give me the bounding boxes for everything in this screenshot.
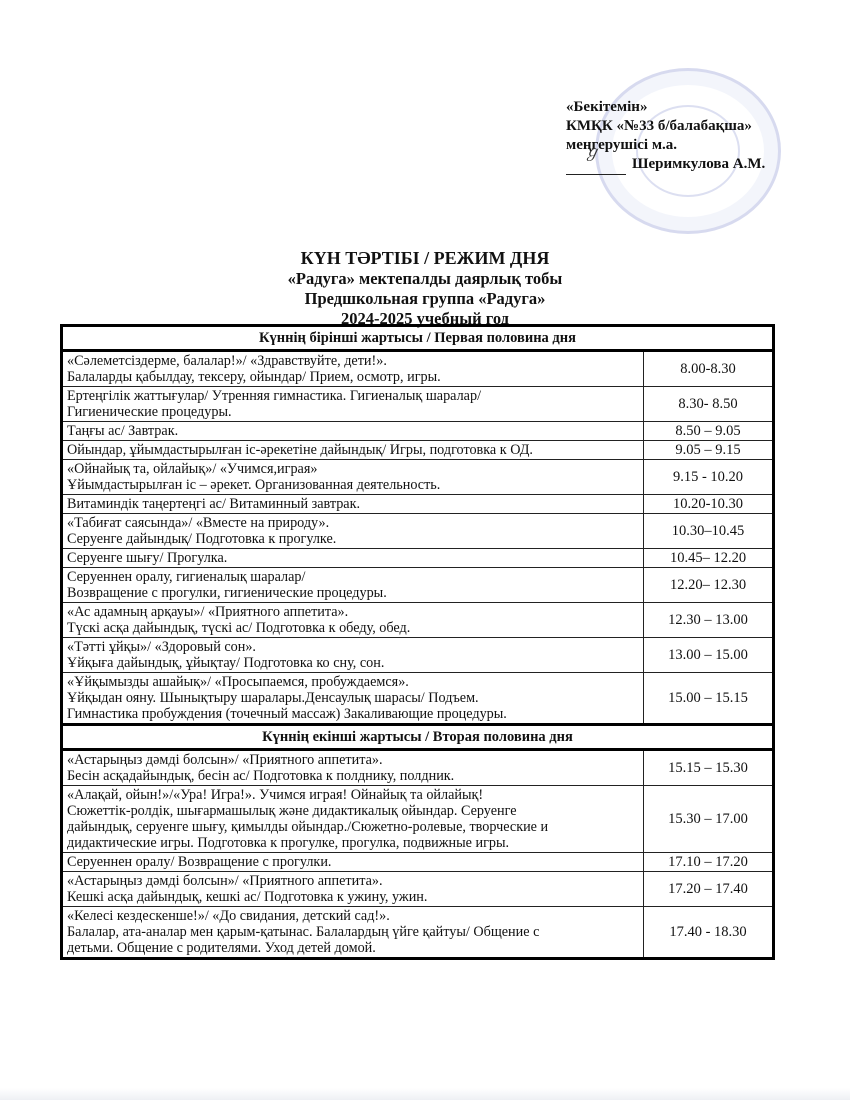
time-cell: 8.00-8.30 bbox=[644, 351, 774, 387]
approval-block: «Бекітемін» КМҚК «№33 б/балабақша» меңге… bbox=[566, 98, 765, 175]
time-cell: 17.10 – 17.20 bbox=[644, 853, 774, 872]
activity-line: Ұйымдастырылған іс – әрекет. Организован… bbox=[67, 477, 639, 493]
time-cell: 13.00 – 15.00 bbox=[644, 638, 774, 673]
signature-mark-icon: ℊ bbox=[584, 143, 600, 162]
time-cell: 12.20– 12.30 bbox=[644, 568, 774, 603]
activity-cell: «Ұйқымызды ашайық»/ «Просыпаемся, пробуж… bbox=[62, 673, 644, 725]
activity-cell: Таңғы ас/ Завтрак. bbox=[62, 422, 644, 441]
schedule-row: Серуенге шығу/ Прогулка.10.45– 12.20 bbox=[62, 549, 774, 568]
section-header-row: Күннің екінші жартысы / Вторая половина … bbox=[62, 725, 774, 750]
activity-line: Бесін асқадайындық, бесін ас/ Подготовка… bbox=[67, 768, 639, 784]
activity-line: Кешкі асқа дайындық, кешкі ас/ Подготовк… bbox=[67, 889, 639, 905]
approval-signature-row: ℊ Шеримкулова А.М. bbox=[566, 155, 765, 175]
activity-line: Ойындар, ұйымдастырылған іс-әрекетіне да… bbox=[67, 442, 639, 458]
activity-cell: «Келесі кездескенше!»/ «До свидания, дет… bbox=[62, 907, 644, 959]
activity-line: «Ойнайық та, ойлайық»/ «Учимся,играя» bbox=[67, 461, 639, 477]
schedule-row: Ертеңгілік жаттығулар/ Утренняя гимнасти… bbox=[62, 387, 774, 422]
schedule-row: «Алақай, ойын!»/«Ура! Игра!». Учимся игр… bbox=[62, 786, 774, 853]
time-cell: 15.15 – 15.30 bbox=[644, 750, 774, 786]
activity-line: Серуеннен оралу/ Возвращение с прогулки. bbox=[67, 854, 639, 870]
signature-line: ℊ bbox=[566, 155, 626, 175]
daily-schedule-table: Күннің бірінші жартысы / Первая половина… bbox=[60, 324, 775, 960]
activity-cell: «Ойнайық та, ойлайық»/ «Учимся,играя»Ұйы… bbox=[62, 460, 644, 495]
activity-line: Гигиенические процедуры. bbox=[67, 404, 639, 420]
group-name-kz: «Радуга» мектепалды даярлық тобы bbox=[0, 269, 850, 289]
time-cell: 10.20-10.30 bbox=[644, 495, 774, 514]
section-title: Күннің екінші жартысы / Вторая половина … bbox=[62, 725, 774, 750]
signatory-name: Шеримкулова А.М. bbox=[632, 156, 765, 172]
document-title: КҮН ТӘРТІБІ / РЕЖИМ ДНЯ bbox=[0, 247, 850, 269]
time-cell: 12.30 – 13.00 bbox=[644, 603, 774, 638]
section-header-row: Күннің бірінші жартысы / Первая половина… bbox=[62, 326, 774, 351]
activity-line: «Астарыңыз дәмді болсын»/ «Приятного апп… bbox=[67, 873, 639, 889]
schedule-row: Серуеннен оралу, гигиеналық шаралар/Возв… bbox=[62, 568, 774, 603]
activity-line: дайындық, серуенге шығу, қимылды ойындар… bbox=[67, 819, 639, 835]
activity-line: Ұйқыдан ояну. Шынықтыру шаралары.Денсаул… bbox=[67, 690, 639, 706]
time-cell: 15.30 – 17.00 bbox=[644, 786, 774, 853]
activity-cell: Серуеннен оралу, гигиеналық шаралар/Возв… bbox=[62, 568, 644, 603]
time-cell: 9.05 – 9.15 bbox=[644, 441, 774, 460]
approval-line-org: КМҚК «№33 б/балабақша» bbox=[566, 117, 765, 136]
activity-line: Серуенге шығу/ Прогулка. bbox=[67, 550, 639, 566]
schedule-row: Витаминдік таңертеңгі ас/ Витаминный зав… bbox=[62, 495, 774, 514]
activity-line: Түскі асқа дайындық, түскі ас/ Подготовк… bbox=[67, 620, 639, 636]
section-title: Күннің бірінші жартысы / Первая половина… bbox=[62, 326, 774, 351]
activity-line: «Алақай, ойын!»/«Ура! Игра!». Учимся игр… bbox=[67, 787, 639, 803]
schedule-row: «Ас адамның арқауы»/ «Приятного аппетита… bbox=[62, 603, 774, 638]
activity-cell: «Астарыңыз дәмді болсын»/ «Приятного апп… bbox=[62, 750, 644, 786]
activity-line: Гимнастика пробуждения (точечный массаж)… bbox=[67, 706, 639, 722]
activity-cell: «Табиғат саясында»/ «Вместе на природу».… bbox=[62, 514, 644, 549]
activity-line: Балаларды қабылдау, тексеру, ойындар/ Пр… bbox=[67, 369, 639, 385]
activity-cell: Ойындар, ұйымдастырылған іс-әрекетіне да… bbox=[62, 441, 644, 460]
activity-line: «Табиғат саясында»/ «Вместе на природу». bbox=[67, 515, 639, 531]
schedule-row: «Астарыңыз дәмді болсын»/ «Приятного апп… bbox=[62, 750, 774, 786]
activity-line: Таңғы ас/ Завтрак. bbox=[67, 423, 639, 439]
activity-line: дидактические игры. Подготовка к прогулк… bbox=[67, 835, 639, 851]
time-cell: 15.00 – 15.15 bbox=[644, 673, 774, 725]
activity-line: «Тәтті ұйқы»/ «Здоровый сон». bbox=[67, 639, 639, 655]
document-titles: КҮН ТӘРТІБІ / РЕЖИМ ДНЯ «Радуга» мектепа… bbox=[0, 247, 850, 329]
schedule-row: «Табиғат саясында»/ «Вместе на природу».… bbox=[62, 514, 774, 549]
activity-cell: «Алақай, ойын!»/«Ура! Игра!». Учимся игр… bbox=[62, 786, 644, 853]
activity-line: «Келесі кездескенше!»/ «До свидания, дет… bbox=[67, 908, 639, 924]
schedule-row: «Астарыңыз дәмді болсын»/ «Приятного апп… bbox=[62, 872, 774, 907]
activity-cell: Ертеңгілік жаттығулар/ Утренняя гимнасти… bbox=[62, 387, 644, 422]
schedule-row: «Тәтті ұйқы»/ «Здоровый сон».Ұйқыға дайы… bbox=[62, 638, 774, 673]
activity-cell: Витаминдік таңертеңгі ас/ Витаминный зав… bbox=[62, 495, 644, 514]
approval-line-approved: «Бекітемін» bbox=[566, 98, 765, 117]
activity-line: Ұйқыға дайындық, ұйықтау/ Подготовка ко … bbox=[67, 655, 639, 671]
activity-line: Сюжеттік-ролдік, шығармашылық және дидак… bbox=[67, 803, 639, 819]
activity-line: Ертеңгілік жаттығулар/ Утренняя гимнасти… bbox=[67, 388, 639, 404]
activity-line: Серуеннен оралу, гигиеналық шаралар/ bbox=[67, 569, 639, 585]
schedule-row: Ойындар, ұйымдастырылған іс-әрекетіне да… bbox=[62, 441, 774, 460]
time-cell: 9.15 - 10.20 bbox=[644, 460, 774, 495]
activity-cell: «Сәлеметсіздерме, балалар!»/ «Здравствуй… bbox=[62, 351, 644, 387]
time-cell: 17.20 – 17.40 bbox=[644, 872, 774, 907]
time-cell: 10.45– 12.20 bbox=[644, 549, 774, 568]
schedule-row: «Сәлеметсіздерме, балалар!»/ «Здравствуй… bbox=[62, 351, 774, 387]
activity-line: «Ұйқымызды ашайық»/ «Просыпаемся, пробуж… bbox=[67, 674, 639, 690]
activity-cell: «Тәтті ұйқы»/ «Здоровый сон».Ұйқыға дайы… bbox=[62, 638, 644, 673]
activity-cell: «Ас адамның арқауы»/ «Приятного аппетита… bbox=[62, 603, 644, 638]
activity-line: Возвращение с прогулки, гигиенические пр… bbox=[67, 585, 639, 601]
activity-line: «Астарыңыз дәмді болсын»/ «Приятного апп… bbox=[67, 752, 639, 768]
activity-cell: Серуенге шығу/ Прогулка. bbox=[62, 549, 644, 568]
activity-line: детьми. Общение с родителями. Уход детей… bbox=[67, 940, 639, 956]
time-cell: 8.50 – 9.05 bbox=[644, 422, 774, 441]
activity-line: Витаминдік таңертеңгі ас/ Витаминный зав… bbox=[67, 496, 639, 512]
activity-line: «Ас адамның арқауы»/ «Приятного аппетита… bbox=[67, 604, 639, 620]
schedule-row: «Ойнайық та, ойлайық»/ «Учимся,играя»Ұйы… bbox=[62, 460, 774, 495]
activity-line: Серуенге дайындық/ Подготовка к прогулке… bbox=[67, 531, 639, 547]
schedule-row: «Келесі кездескенше!»/ «До свидания, дет… bbox=[62, 907, 774, 959]
activity-line: Балалар, ата-аналар мен қарым-қатынас. Б… bbox=[67, 924, 639, 940]
schedule-row: Таңғы ас/ Завтрак.8.50 – 9.05 bbox=[62, 422, 774, 441]
schedule-row: Серуеннен оралу/ Возвращение с прогулки.… bbox=[62, 853, 774, 872]
time-cell: 10.30–10.45 bbox=[644, 514, 774, 549]
time-cell: 8.30- 8.50 bbox=[644, 387, 774, 422]
time-cell: 17.40 - 18.30 bbox=[644, 907, 774, 959]
activity-line: «Сәлеметсіздерме, балалар!»/ «Здравствуй… bbox=[67, 353, 639, 369]
group-name-ru: Предшкольная группа «Радуга» bbox=[0, 289, 850, 309]
activity-cell: Серуеннен оралу/ Возвращение с прогулки. bbox=[62, 853, 644, 872]
schedule-row: «Ұйқымызды ашайық»/ «Просыпаемся, пробуж… bbox=[62, 673, 774, 725]
scan-edge bbox=[0, 1088, 850, 1100]
activity-cell: «Астарыңыз дәмді болсын»/ «Приятного апп… bbox=[62, 872, 644, 907]
